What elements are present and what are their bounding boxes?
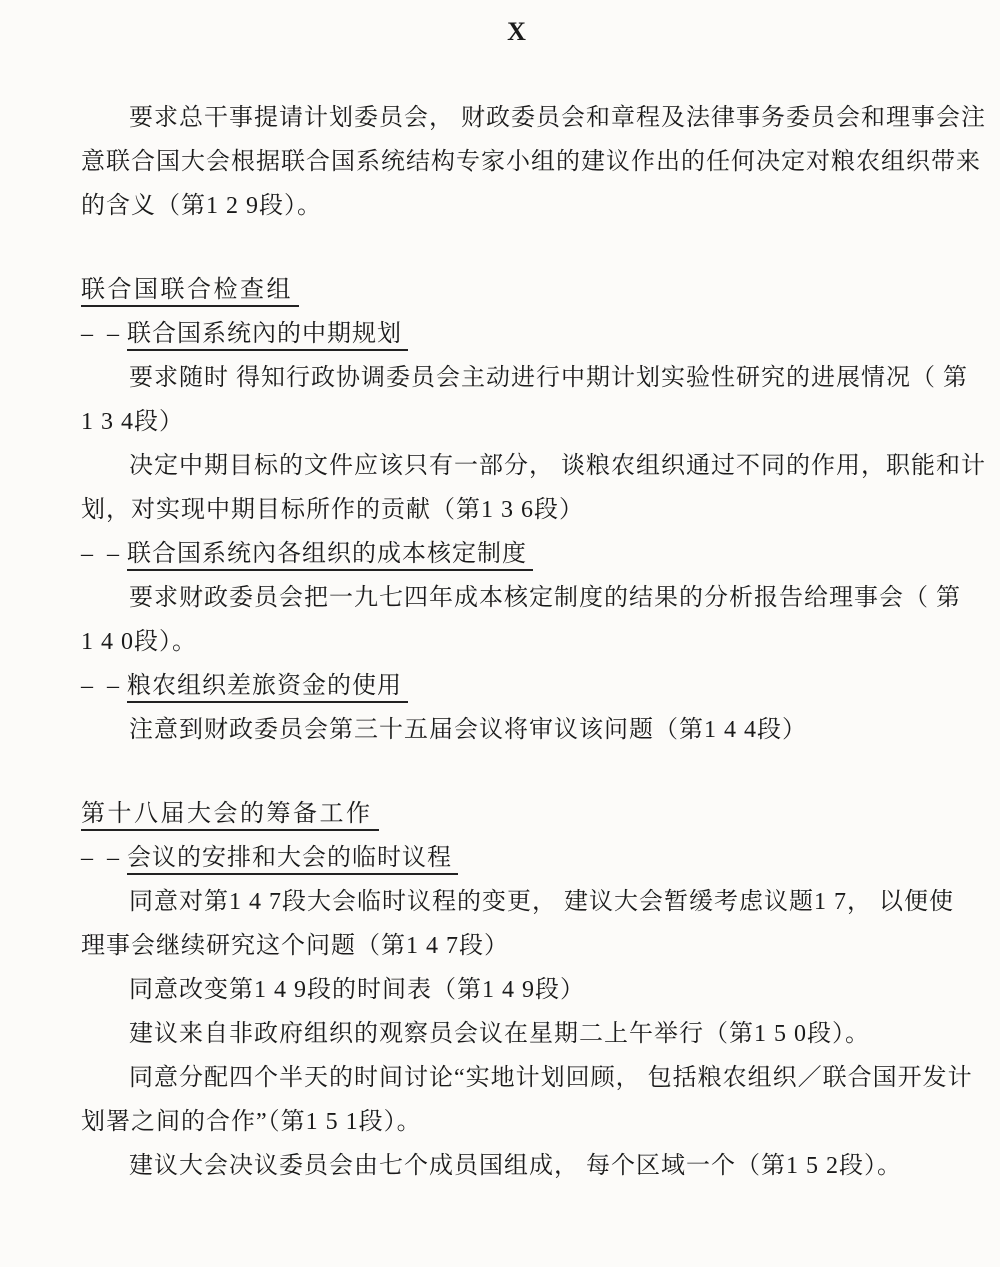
section-heading-text: 联合国联合检查组 xyxy=(81,277,299,307)
dash-marker: – – xyxy=(81,321,123,347)
paragraph-line: 建议来自非政府组织的观察员会议在星期二上午举行（第1 5 0段）。 xyxy=(81,1012,981,1056)
subsection-heading: – –联合国系统內的中期规划 xyxy=(81,312,981,356)
paragraph-line: 同意改变第1 4 9段的时间表（第1 4 9段） xyxy=(81,968,981,1012)
paragraph-line: 同意对第1 4 7段大会临时议程的变更， 建议大会暂缓考虑议题1 7， 以便使 xyxy=(81,880,981,924)
paragraph-line: 的含义（第1 2 9段）。 xyxy=(81,184,981,228)
subsection-heading-text: 联合国系统內各组织的成本核定制度 xyxy=(127,541,533,571)
paragraph-line: 要求总干事提请计划委员会， 财政委员会和章程及法律事务委员会和理事会注 xyxy=(81,96,981,140)
section-heading-text: 第十八届大会的筹备工作 xyxy=(81,801,379,831)
paragraph-line: 理事会继续研究这个问题（第1 4 7段） xyxy=(81,924,981,968)
paragraph-line: 要求财政委员会把一九七四年成本核定制度的结果的分析报告给理事会（ 第 xyxy=(81,576,981,620)
paragraph-line: 意联合国大会根据联合国系统结构专家小组的建议作出的任何决定对粮农组织带来 xyxy=(81,140,981,184)
subsection-heading: – –粮农组织差旅资金的使用 xyxy=(81,664,981,708)
dash-marker: – – xyxy=(81,845,123,871)
document-body: 要求总干事提请计划委员会， 财政委员会和章程及法律事务委员会和理事会注 意联合国… xyxy=(81,96,981,1188)
paragraph-line: 划署之间的合作”（第1 5 1段）。 xyxy=(81,1100,981,1144)
paragraph-line: 建议大会决议委员会由七个成员国组成， 每个区域一个（第1 5 2段）。 xyxy=(81,1144,981,1188)
section-heading: 联合国联合检查组 xyxy=(81,268,981,312)
dash-marker: – – xyxy=(81,541,123,567)
paragraph-line: 注意到财政委员会第三十五届会议将审议该问题（第1 4 4段） xyxy=(81,708,981,752)
paragraph-line: 划，对实现中期目标所作的贡献（第1 3 6段） xyxy=(81,488,981,532)
paragraph-line: 1 4 0段）。 xyxy=(81,620,981,664)
section-spacer xyxy=(81,752,981,792)
document-page: X 要求总干事提请计划委员会， 财政委员会和章程及法律事务委员会和理事会注 意联… xyxy=(0,0,1000,1267)
section-heading: 第十八届大会的筹备工作 xyxy=(81,792,981,836)
paragraph-line: 要求随时 得知行政协调委员会主动进行中期计划实验性研究的进展情况（ 第 xyxy=(81,356,981,400)
paragraph-line: 1 3 4段） xyxy=(81,400,981,444)
subsection-heading: – –会议的安排和大会的临时议程 xyxy=(81,836,981,880)
paragraph-line: 决定中期目标的文件应该只有一部分， 谈粮农组织通过不同的作用，职能和计 xyxy=(81,444,981,488)
dash-marker: – – xyxy=(81,673,123,699)
subsection-heading-text: 会议的安排和大会的临时议程 xyxy=(127,845,458,875)
subsection-heading-text: 粮农组织差旅资金的使用 xyxy=(127,673,408,703)
paragraph-line: 同意分配四个半天的时间讨论“实地计划回顾， 包括粮农组织／联合国开发计 xyxy=(81,1056,981,1100)
section-spacer xyxy=(81,228,981,268)
page-number: X xyxy=(81,14,953,50)
subsection-heading-text: 联合国系统內的中期规划 xyxy=(127,321,408,351)
subsection-heading: – –联合国系统內各组织的成本核定制度 xyxy=(81,532,981,576)
